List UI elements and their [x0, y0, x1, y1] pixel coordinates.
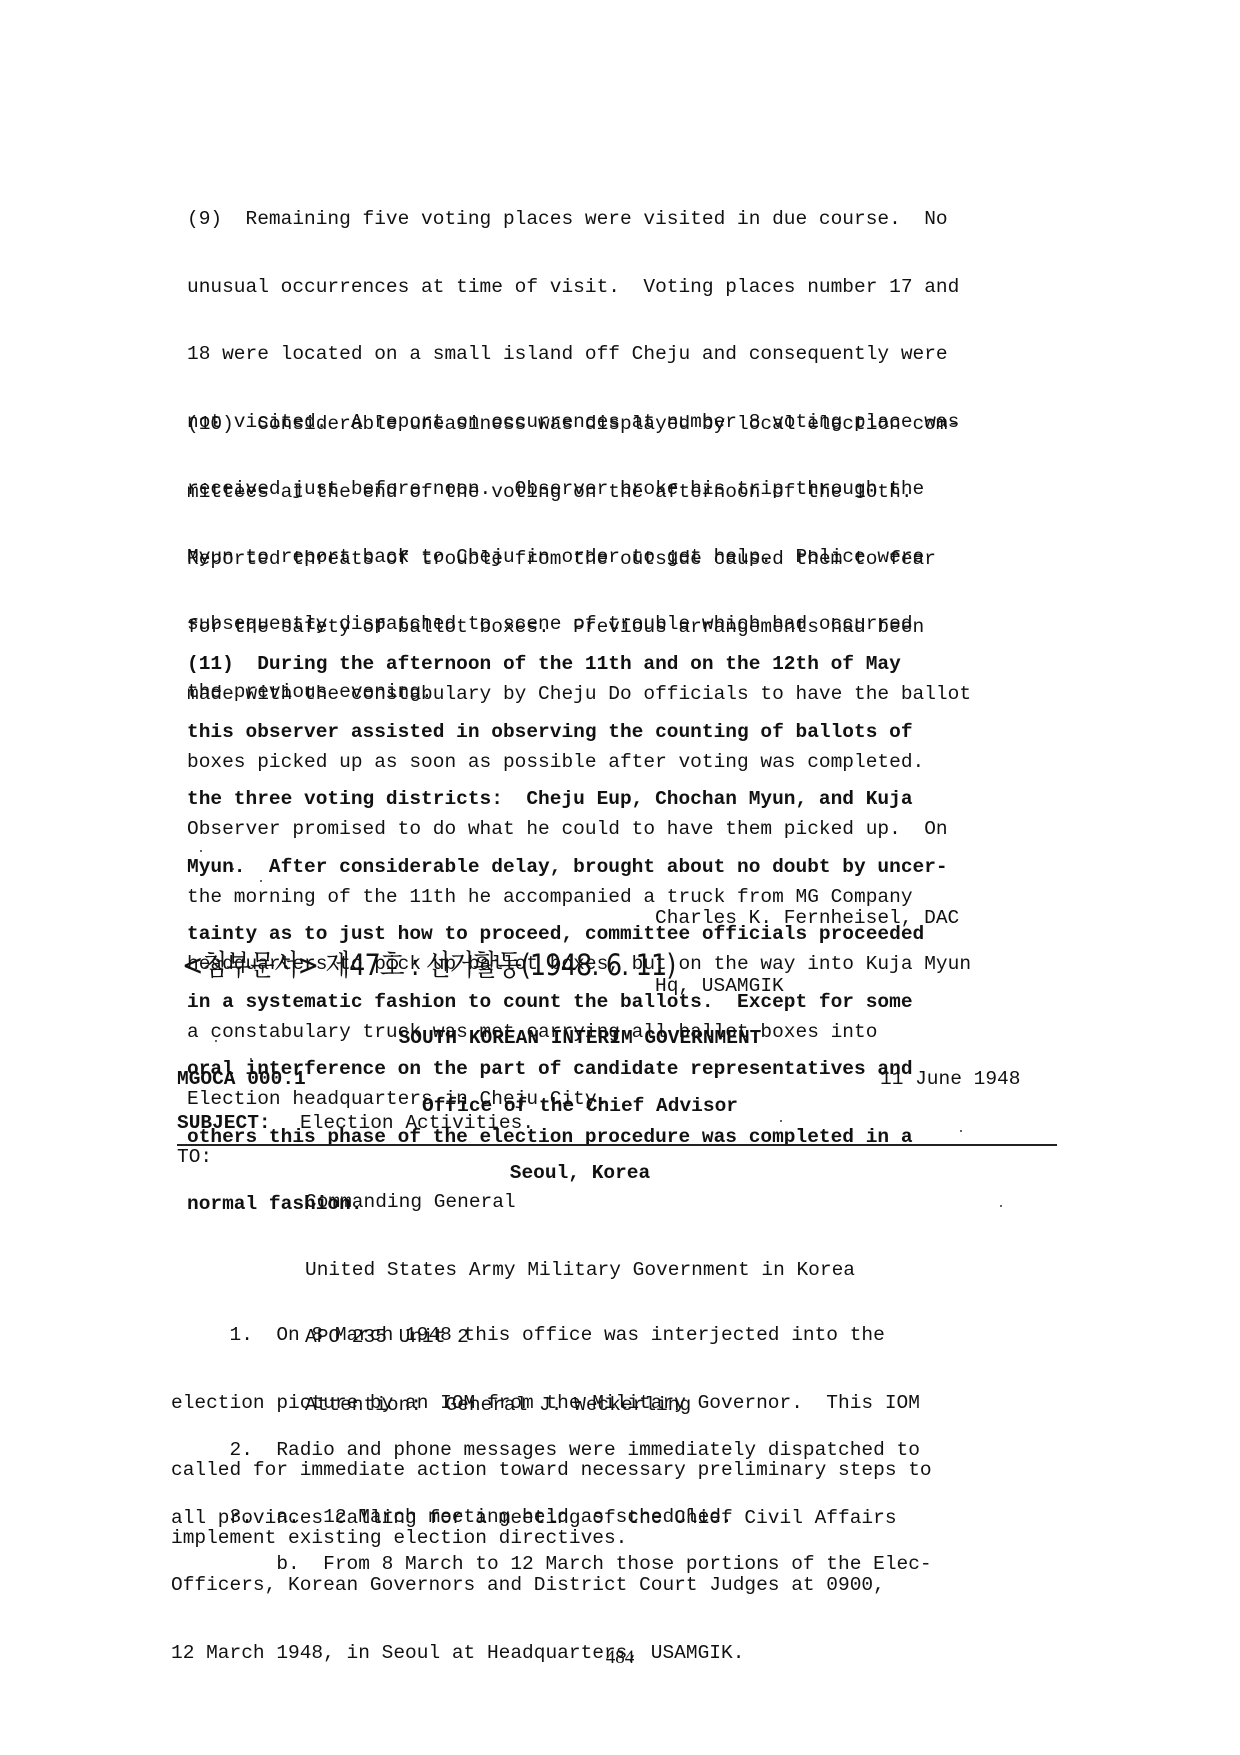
- scan-speck: [960, 1130, 962, 1132]
- addressee-line: Commanding General: [305, 1191, 855, 1214]
- text-line: (9) Remaining five voting places were vi…: [187, 208, 1087, 231]
- scan-speck: [260, 880, 262, 882]
- subject-label: SUBJECT:: [177, 1112, 271, 1135]
- page-number: 484: [0, 1647, 1240, 1669]
- memo-item-3b: b. From 8 March to 12 March those portio…: [171, 1553, 932, 1576]
- text-line: 1. On 8 March 1948 this office was inter…: [171, 1324, 1071, 1347]
- text-line: (10) Considerable uneasiness was display…: [187, 413, 1087, 436]
- text-line: 2. Radio and phone messages were immedia…: [171, 1439, 1071, 1462]
- scan-speck: [215, 1040, 217, 1042]
- text-line: Reported threats of trouble from the out…: [187, 548, 1087, 571]
- subject-text: Election Activities.: [300, 1112, 534, 1135]
- text-line: the three voting districts: Cheju Eup, C…: [187, 788, 1087, 811]
- letterhead-government: SOUTH KOREAN INTERIM GOVERNMENT: [300, 1027, 860, 1050]
- scan-speck: [1000, 1205, 1002, 1207]
- memo-item-3a: 3. a. 12 March meeting held as scheduled…: [171, 1506, 733, 1529]
- scan-speck: [250, 1058, 252, 1060]
- text-line: 18 were located on a small island off Ch…: [187, 343, 1087, 366]
- text-line: Officers, Korean Governors and District …: [171, 1574, 1071, 1597]
- text-line: this observer assisted in observing the …: [187, 721, 1087, 744]
- text-line: mittees at the end of the voting on the …: [187, 481, 1087, 504]
- scan-speck: [232, 868, 234, 870]
- signature-name: Charles K. Fernheisel, DAC: [655, 907, 959, 930]
- text-line: (11) During the afternoon of the 11th an…: [187, 653, 1087, 676]
- addressee-line: United States Army Military Government i…: [305, 1259, 855, 1282]
- attachment-heading: <첨부문서> 제47호 : 선거활동(1948. 6. 11): [182, 943, 675, 984]
- scan-speck: [200, 850, 202, 852]
- memo-date: 11 June 1948: [880, 1068, 1020, 1091]
- file-number: MGOCA 000.1: [177, 1068, 306, 1091]
- text-line: unusual occurrences at time of visit. Vo…: [187, 276, 1087, 299]
- scan-speck: [780, 1120, 782, 1122]
- document-page: (9) Remaining five voting places were vi…: [0, 0, 1240, 1755]
- to-label: TO:: [177, 1146, 212, 1169]
